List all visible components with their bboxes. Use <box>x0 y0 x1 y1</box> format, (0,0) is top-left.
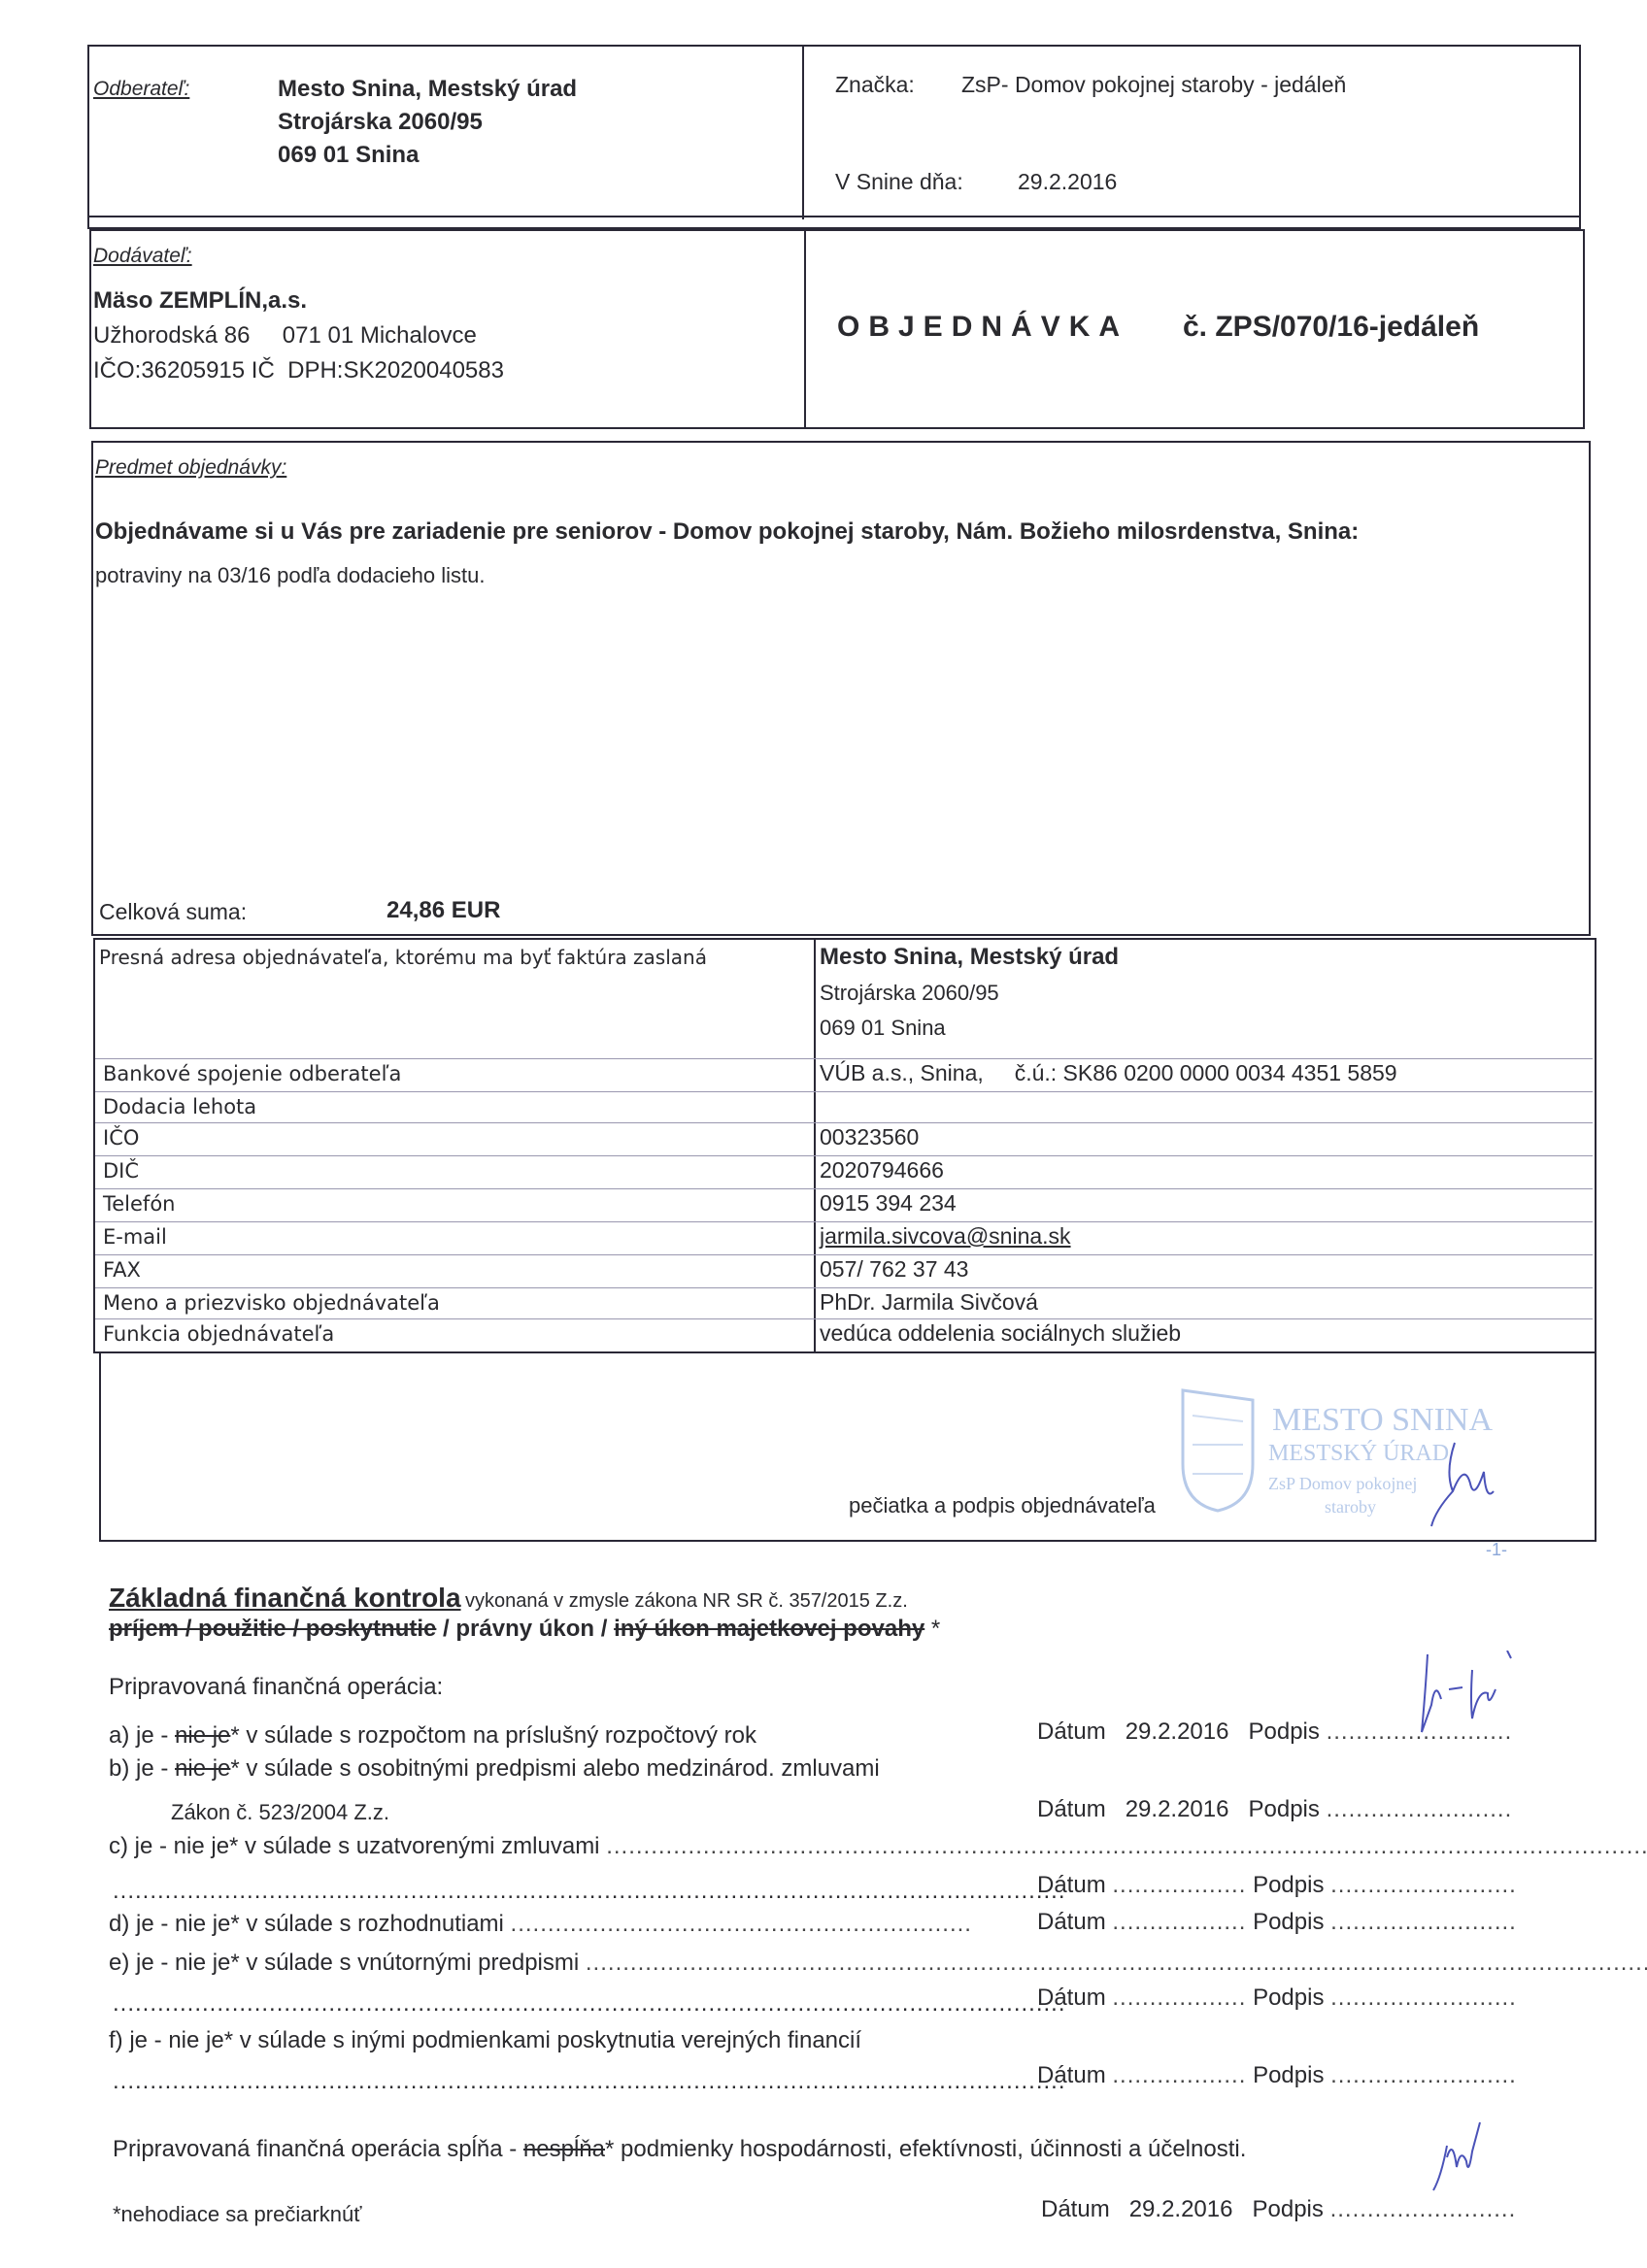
customer-city: 069 01 Snina <box>278 142 419 169</box>
order-number: č. ZPS/070/16-jedáleň <box>1183 311 1479 344</box>
billing-row-divider <box>95 1058 1593 1059</box>
billing-row-divider <box>95 1188 1593 1189</box>
billing-row-divider <box>95 1155 1593 1156</box>
stamp-line-4: staroby <box>1325 1497 1376 1518</box>
header-bottom-line <box>87 216 1581 217</box>
control-item-date-sign: Dátum .................. Podpis ........… <box>1037 2062 1517 2089</box>
billing-address-city: 069 01 Snina <box>820 1016 946 1041</box>
control-item: c) je - nie je* v súlade s uzatvorenými … <box>109 1833 1647 1860</box>
control-type-sep-1: / <box>436 1616 455 1642</box>
control-type-struck-1: príjem / použitie / poskytnutie <box>109 1616 436 1642</box>
control-heading-suffix: vykonaná v zmysle zákona NR SR č. 357/20… <box>465 1590 908 1612</box>
supplier-address: Užhorodská 86 071 01 Michalovce <box>93 322 477 350</box>
supplier-divider <box>804 229 806 429</box>
control-type-line: príjem / použitie / poskytnutie / právny… <box>109 1616 940 1643</box>
subject-box <box>91 441 1591 936</box>
control-type-sep-2: / <box>594 1616 614 1642</box>
billing-row-divider <box>95 1221 1593 1222</box>
control-item-fill-line: ........................................… <box>113 1878 1066 1905</box>
control-item-date-sign: Dátum 29.2.2016 Podpis .................… <box>1037 1796 1512 1823</box>
control-item: b) je - nie je* v súlade s osobitnými pr… <box>109 1755 880 1783</box>
customer-label: Odberateľ: <box>93 78 189 101</box>
stamp-line-3: ZsP Domov pokojnej <box>1268 1474 1417 1494</box>
total-label: Celková suma: <box>99 899 247 925</box>
reference-value: ZsP- Domov pokojnej staroby - jedáleň <box>961 72 1346 98</box>
control-item-date-sign: Dátum .................. Podpis ........… <box>1037 1909 1517 1936</box>
control-heading: Základná finančná kontrola <box>109 1583 461 1613</box>
billing-row-label: Meno a priezvisko objednávateľa <box>103 1291 440 1315</box>
control-signature-final-icon <box>1424 2118 1492 2206</box>
billing-row-value: 0915 394 234 <box>820 1190 957 1217</box>
footnote: *nehodiace sa prečiarknúť <box>113 2202 362 2227</box>
billing-row-value: vedúca oddelenia sociálnych služieb <box>820 1320 1181 1347</box>
billing-row-value: VÚB a.s., Snina, č.ú.: SK86 0200 0000 00… <box>820 1060 1397 1086</box>
billing-row-value: PhDr. Jarmila Sivčová <box>820 1289 1038 1316</box>
billing-address-label: Presná adresa objednávateľa, ktorému ma … <box>99 946 707 969</box>
control-signature-a-icon <box>1414 1651 1530 1738</box>
supplier-label: Dodávateľ: <box>93 245 192 268</box>
control-item-subtext: Zákon č. 523/2004 Z.z. <box>171 1800 389 1825</box>
control-type-asterisk: * <box>924 1616 940 1642</box>
header-divider <box>802 45 804 219</box>
control-heading-line: Základná finančná kontrola vykonaná v zm… <box>109 1583 908 1614</box>
supplier-ids: IČO:36205915 IČ DPH:SK2020040583 <box>93 357 504 384</box>
total-value: 24,86 EUR <box>387 897 500 924</box>
billing-right-border <box>1595 938 1597 1353</box>
control-item-date-sign: Dátum .................. Podpis ........… <box>1037 1984 1517 2012</box>
billing-row-value: 057/ 762 37 43 <box>820 1256 968 1283</box>
stamp-caption: pečiatka a podpis objednávateľa <box>849 1493 1156 1518</box>
control-item: f) je - nie je* v súlade s inými podmien… <box>109 2027 861 2054</box>
billing-row-label: Bankové spojenie odberateľa <box>103 1062 401 1085</box>
billing-address-name: Mesto Snina, Mestský úrad <box>820 944 1119 971</box>
billing-divider <box>814 938 816 1353</box>
billing-row-divider <box>95 1091 1593 1092</box>
billing-row-label: IČO <box>103 1126 139 1150</box>
control-item-date: 29.2.2016 <box>1126 1796 1229 1822</box>
billing-top-line <box>93 938 1595 940</box>
billing-row-divider <box>95 1287 1593 1288</box>
final-date: 29.2.2016 <box>1129 2196 1233 2222</box>
billing-row-label: E-mail <box>103 1225 167 1249</box>
subject-detail-text: potraviny na 03/16 podľa dodacieho listu… <box>95 563 485 588</box>
billing-row-divider <box>95 1318 1593 1319</box>
billing-row-label: Telefón <box>103 1192 175 1216</box>
billing-row-divider <box>95 1254 1593 1255</box>
reference-label: Značka: <box>835 72 915 98</box>
order-date-value: 29.2.2016 <box>1018 169 1117 195</box>
billing-row-value: 2020794666 <box>820 1157 944 1184</box>
control-item: e) je - nie je* v súlade s vnútornými pr… <box>109 1950 1647 1977</box>
control-item: d) je - nie je* v súlade s rozhodnutiami… <box>109 1911 972 1938</box>
billing-address-street: Strojárska 2060/95 <box>820 981 999 1006</box>
billing-row-divider <box>95 1122 1593 1123</box>
control-item: a) je - nie je* v súlade s rozpočtom na … <box>109 1722 756 1750</box>
billing-row-label: Dodacia lehota <box>103 1095 256 1118</box>
customer-name: Mesto Snina, Mestský úrad <box>278 76 577 103</box>
stamp-line-2: MESTSKÝ ÚRAD <box>1268 1441 1449 1467</box>
billing-left-border <box>93 938 95 1353</box>
control-item-date-sign: Dátum .................. Podpis ........… <box>1037 1872 1517 1899</box>
billing-row-label: DIČ <box>103 1159 139 1183</box>
page-marker: -1- <box>1486 1540 1507 1560</box>
subject-main-text: Objednávame si u Vás pre zariadenie pre … <box>95 518 1359 546</box>
control-item-fill-line: ........................................… <box>113 2068 1066 2095</box>
coat-of-arms-icon <box>1179 1386 1257 1513</box>
orderer-signature-icon <box>1426 1433 1503 1530</box>
order-title: OBJEDNÁVKA <box>837 311 1128 344</box>
final-date-sign: Dátum 29.2.2016 Podpis .................… <box>1041 2196 1516 2223</box>
billing-row-label: Funkcia objednávateľa <box>103 1322 334 1346</box>
customer-street: Strojárska 2060/95 <box>278 109 483 136</box>
billing-row-label: FAX <box>103 1258 141 1282</box>
control-conclusion: Pripravovaná finančná operácia spĺňa - n… <box>113 2136 1246 2163</box>
subject-label: Predmet objednávky: <box>95 456 286 480</box>
control-item-date: 29.2.2016 <box>1126 1718 1229 1745</box>
control-type-struck-2: iný úkon majetkovej povahy <box>614 1616 924 1642</box>
control-item-fill-line: ........................................… <box>113 1990 1066 2018</box>
header-box <box>87 45 1581 229</box>
order-date-label: V Snine dňa: <box>835 169 963 195</box>
billing-row-value[interactable]: jarmila.sivcova@snina.sk <box>820 1223 1071 1250</box>
billing-row-value: 00323560 <box>820 1124 919 1151</box>
control-intro: Pripravovaná finančná operácia: <box>109 1674 443 1701</box>
control-type-kept: právny úkon <box>455 1616 594 1642</box>
supplier-name: Mäso ZEMPLÍN,a.s. <box>93 287 307 315</box>
